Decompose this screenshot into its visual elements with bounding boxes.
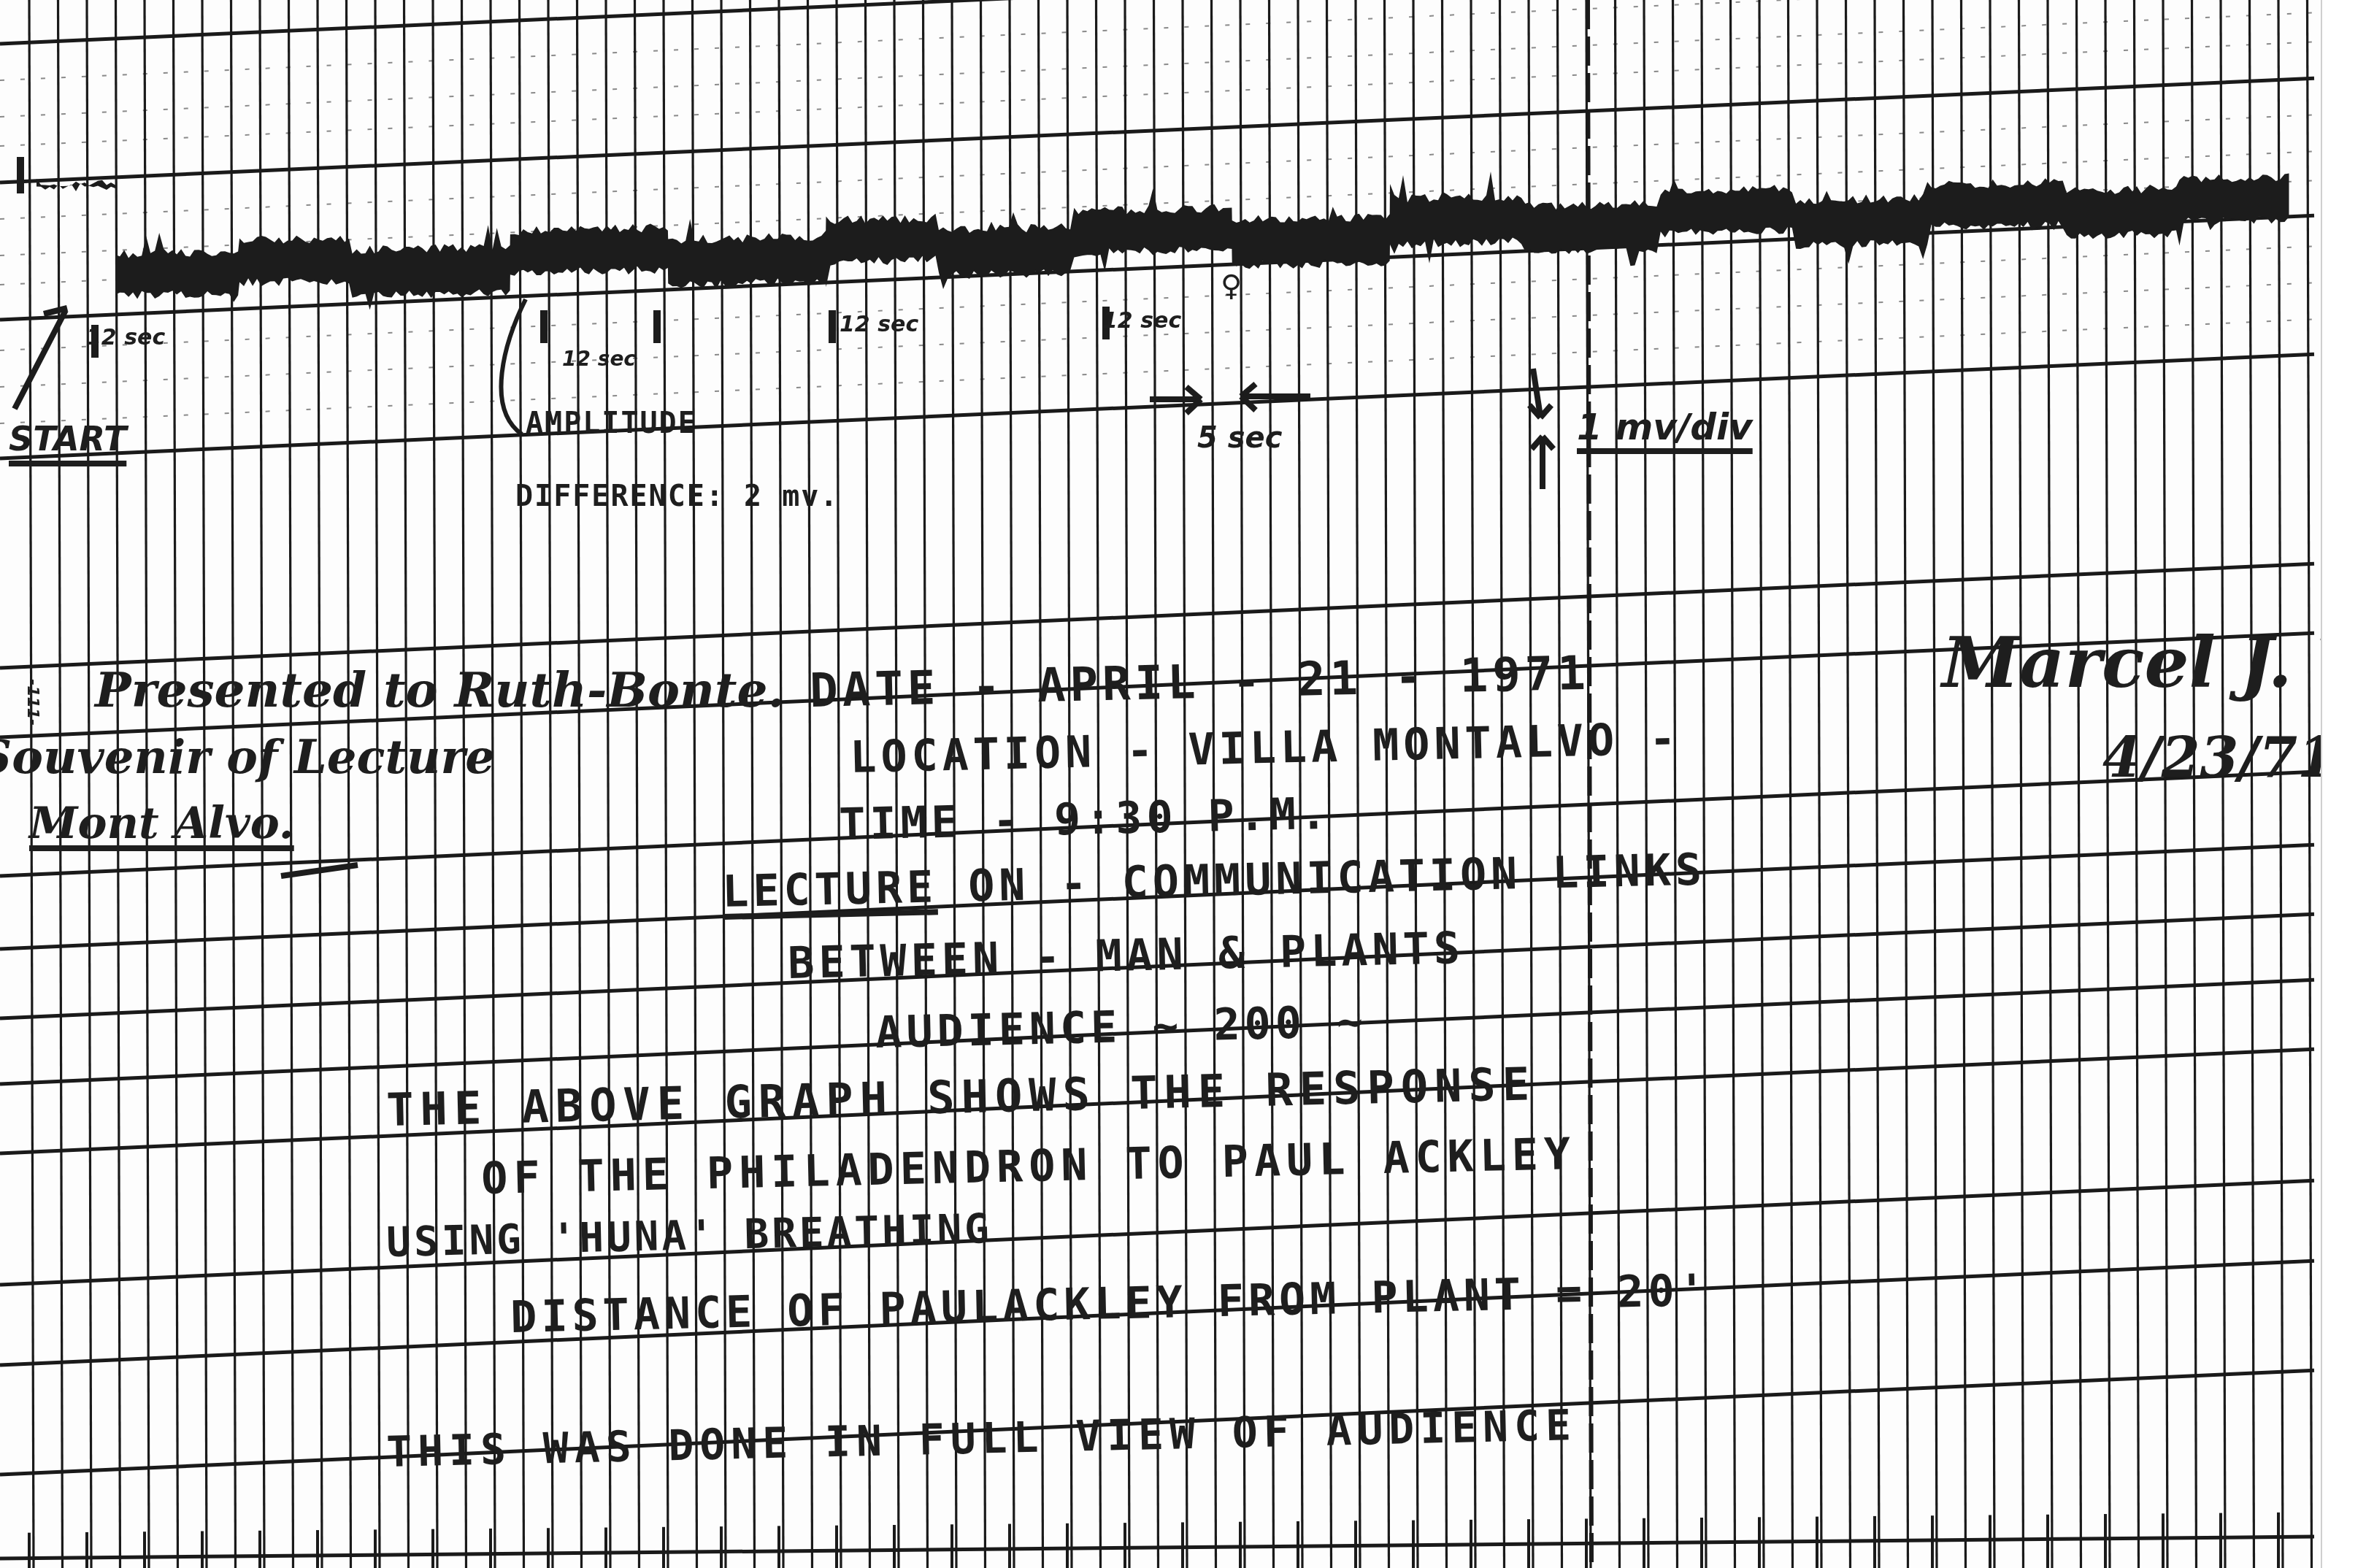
interval-label-4: 12 sec — [1102, 310, 1181, 332]
time-scale-label: 5 sec — [1197, 423, 1282, 453]
time-line: TIME - 9:30 P.M. — [839, 792, 1332, 847]
souvenir-note: Souvenir of Lecture — [0, 734, 495, 781]
location-script-note: Mont Alvo. — [29, 802, 294, 845]
difference-note: DIFFERENCE: 2 mv. — [515, 482, 839, 511]
presented-note: Presented to Ruth-Bonte. — [95, 666, 785, 714]
chart-recorder-page: START 12 sec 12 sec 12 sec 12 sec AMPLIT… — [0, 0, 2366, 1568]
interval-label-1: 12 sec — [86, 327, 165, 349]
start-label: START — [9, 422, 126, 456]
polygraph-trace — [37, 172, 2289, 310]
volt-scale-label: 1 mv/div — [1577, 409, 1753, 445]
interval-label-2: 12 sec — [562, 349, 636, 369]
amplitude-note: AMPLITUDE — [526, 409, 697, 438]
marker-symbol: ♀ — [1221, 272, 1242, 301]
interval-label-3: 12 sec — [840, 314, 918, 336]
lecture-word: LECTURE — [722, 861, 938, 918]
signature-date: 4/23/71 — [2102, 730, 2336, 785]
page-edge — [2321, 0, 2366, 1568]
audience-count-line: AUDIENCE ~ 200 ~ — [875, 1000, 1368, 1055]
page-mark: -111- — [24, 679, 40, 726]
signature: Marcel J. Vogel — [1942, 628, 2366, 698]
